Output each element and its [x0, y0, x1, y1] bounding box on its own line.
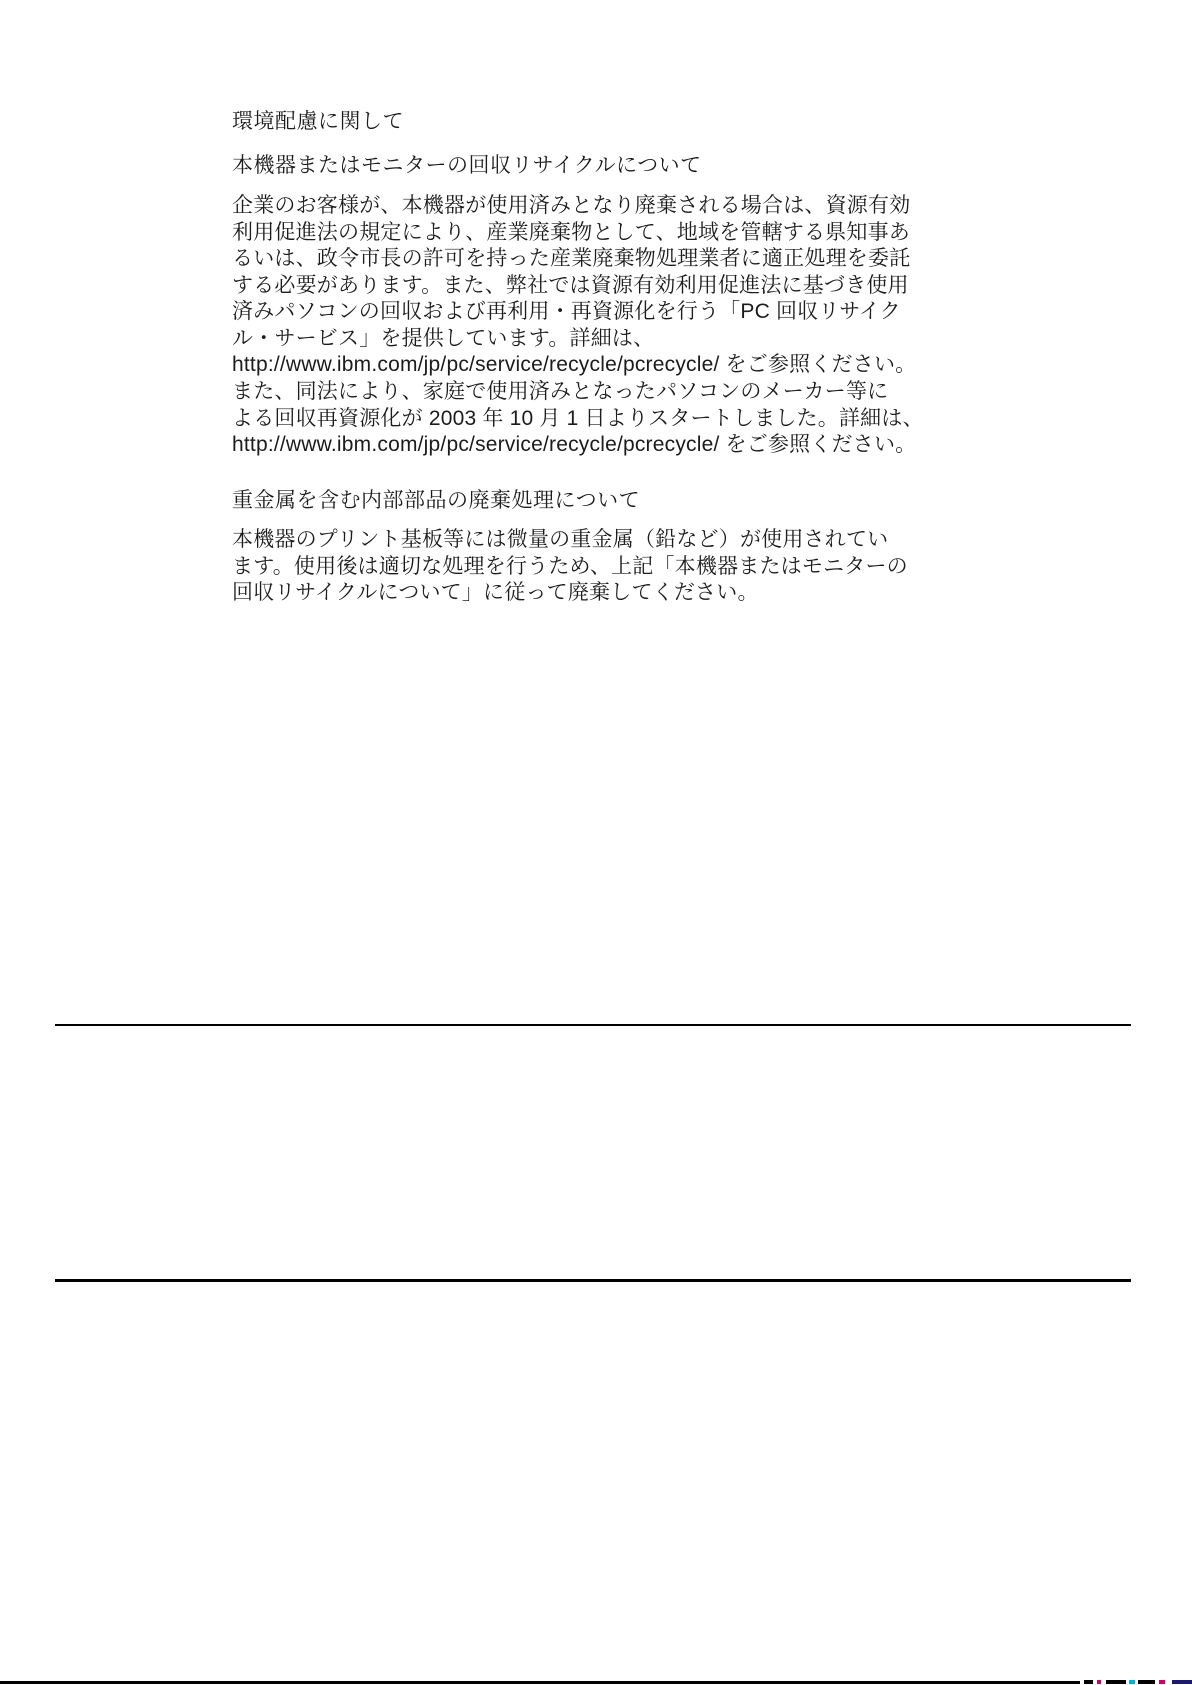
text-line: るいは、政令市長の許可を持った産業廃棄物処理業者に適正処理を委託 — [232, 246, 897, 273]
paragraph-home-recycle: また、同法により、家庭で使用済みとなったパソコンのメーカー等に よる回収再資源化… — [232, 379, 897, 459]
paragraph-heavy-metal: 本機器のプリント基板等には微量の重金属（鉛など）が使用されてい ます。使用後は適… — [232, 527, 897, 607]
heading-recycle-section: 本機器またはモニターの回収リサイクルについて — [232, 152, 897, 179]
artifact-dash — [1159, 1680, 1165, 1684]
heading-heavy-metal: 重金属を含む内部部品の廃棄処理について — [232, 487, 897, 514]
heading-environment: 環境配慮に関して — [232, 108, 897, 135]
text-line: 企業のお客様が、本機器が使用済みとなり廃棄される場合は、資源有効 — [232, 193, 897, 220]
scan-artifact-fragments — [1080, 1679, 1192, 1685]
artifact-dash — [1138, 1680, 1155, 1684]
text-line: 本機器のプリント基板等には微量の重金属（鉛など）が使用されてい — [232, 527, 897, 554]
artifact-dash — [1097, 1680, 1101, 1684]
artifact-dash — [1172, 1680, 1192, 1684]
artifact-dash — [1106, 1680, 1126, 1684]
horizontal-rule-top — [55, 1024, 1131, 1026]
text-line: する必要があります。また、弊社では資源有効利用促進法に基づき使用 — [232, 273, 897, 300]
text-line: よる回収再資源化が 2003 年 10 月 1 日よりスタートしました。詳細は、 — [232, 406, 897, 433]
text-line-url: http://www.ibm.com/jp/pc/service/recycle… — [232, 352, 897, 379]
text-line: 回収リサイクルについて」に従って廃棄してください。 — [232, 580, 897, 607]
document-page: 環境配慮に関して 本機器またはモニターの回収リサイクルについて 企業のお客様が、… — [0, 0, 1192, 1685]
text-line: ル・サービス」を提供しています。詳細は、 — [232, 326, 897, 353]
artifact-dash — [1084, 1680, 1093, 1684]
horizontal-rule-bottom — [55, 1279, 1131, 1282]
text-line-url: http://www.ibm.com/jp/pc/service/recycle… — [232, 432, 897, 459]
text-line: また、同法により、家庭で使用済みとなったパソコンのメーカー等に — [232, 379, 897, 406]
page-bottom-edge-line — [0, 1681, 1080, 1684]
text-line: 済みパソコンの回収および再利用・再資源化を行う「PC 回収リサイク — [232, 299, 897, 326]
paragraph-business-disposal: 企業のお客様が、本機器が使用済みとなり廃棄される場合は、資源有効 利用促進法の規… — [232, 193, 897, 379]
text-line: ます。使用後は適切な処理を行うため、上記「本機器またはモニターの — [232, 554, 897, 581]
text-line: 利用促進法の規定により、産業廃棄物として、地域を管轄する県知事あ — [232, 220, 897, 247]
artifact-dash — [1129, 1680, 1135, 1684]
